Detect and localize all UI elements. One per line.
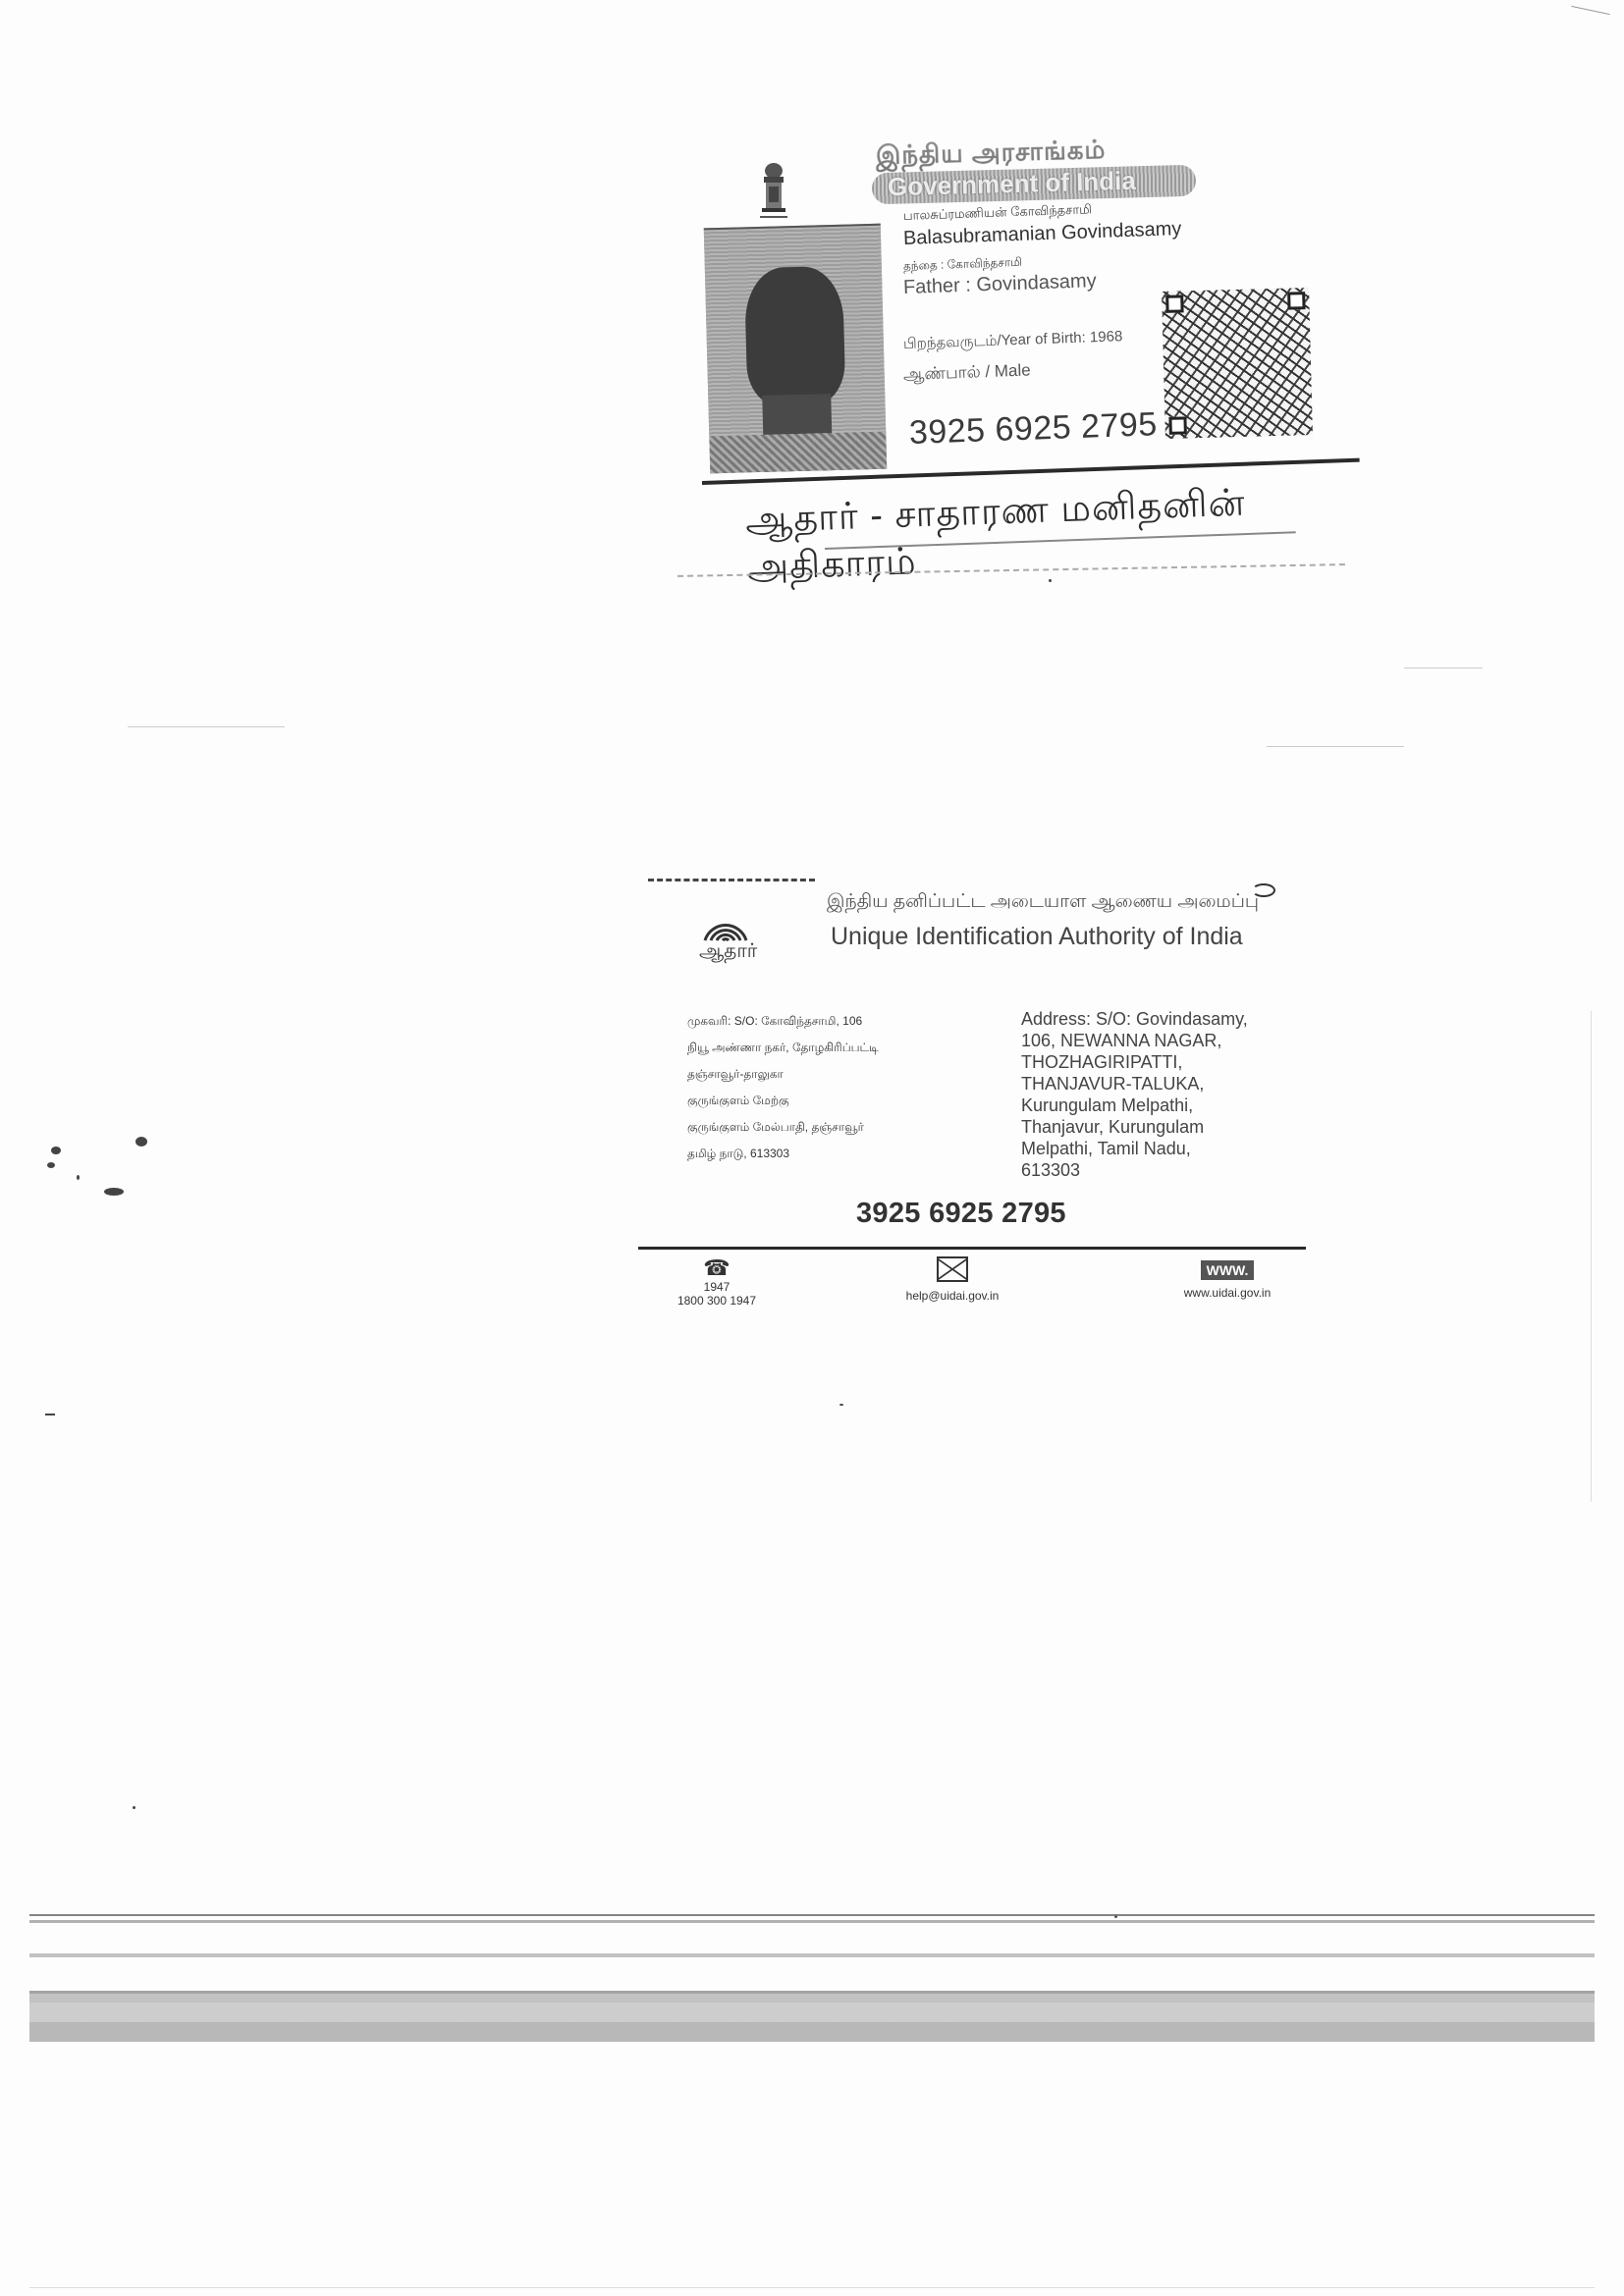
address-tamil-line: நியூ அண்ணா நகர், தோழகிரிப்பட்டி (687, 1035, 982, 1061)
holder-photo (704, 224, 887, 474)
aadhaar-number-back: 3925 6925 2795 (856, 1198, 1066, 1230)
year-of-birth: பிறந்தவருடம்/Year of Birth: 1968 (903, 328, 1123, 354)
aadhaar-fingerprint-logo-icon (699, 903, 752, 942)
address-line: Kurungulam Melpathi, (1021, 1095, 1316, 1116)
aadhaar-logo-label: ஆதார் (699, 940, 757, 965)
address-english: Address: S/O: Govindasamy, 106, NEWANNA … (1021, 1008, 1316, 1181)
address-line: THANJAVUR-TALUKA, (1021, 1073, 1316, 1095)
aadhaar-card-back: ஆதார் இந்திய தனிப்பட்ட அடையாள ஆணைய அமைப்… (638, 864, 1326, 1325)
aadhaar-number-front: 3925 6925 2795 (908, 405, 1158, 453)
address-tamil-line: குருங்குளம் மேல்பாதி, தஞ்சாவூர் (687, 1114, 982, 1141)
address-line: Melpathi, Tamil Nadu, (1021, 1138, 1316, 1159)
qr-code-icon (1162, 288, 1313, 439)
address-line: Thanjavur, Kurungulam (1021, 1116, 1316, 1138)
contact-phone: ☎ 1947 1800 300 1947 (658, 1256, 776, 1308)
address-tamil-line: முகவரி: S/O: கோவிந்தசாமி, 106 (687, 1008, 982, 1035)
address-line: THOZHAGIRIPATTI, (1021, 1051, 1316, 1073)
www-icon: WWW. (1201, 1260, 1255, 1280)
aadhaar-tagline: ஆதார் - சாதாரண மனிதனின் அதிகாரம் (745, 478, 1386, 595)
address-tamil-line: தஞ்சாவூர்-தாலுகா (687, 1061, 982, 1088)
contact-email: help@uidai.gov.in (884, 1256, 1021, 1303)
gender: ஆண்பால் / Male (903, 360, 1031, 387)
address-line: 613303 (1021, 1159, 1316, 1181)
authority-name-tamil: இந்திய தனிப்பட்ட அடையாள ஆணைய அமைப்பு (827, 891, 1259, 915)
divider (638, 1247, 1306, 1250)
contact-website: WWW. www.uidai.gov.in (1159, 1256, 1296, 1300)
father-name: Father : Govindasamy (903, 270, 1097, 299)
phone-long: 1800 300 1947 (658, 1294, 776, 1308)
telephone-icon: ☎ (658, 1256, 776, 1280)
envelope-icon (937, 1256, 968, 1282)
address-line: Address: S/O: Govindasamy, (1021, 1008, 1316, 1030)
cut-line (648, 879, 815, 881)
address-tamil-line: தமிழ் நாடு, 613303 (687, 1141, 982, 1167)
national-emblem-icon (754, 161, 793, 222)
authority-name: Unique Identification Authority of India (831, 923, 1243, 951)
address-tamil: முகவரி: S/O: கோவிந்தசாமி, 106 நியூ அண்ணா… (687, 1008, 982, 1167)
aadhaar-card-front: இந்திய அரசாங்கம் Government of India பால… (668, 118, 1384, 609)
address-line: 106, NEWANNA NAGAR, (1021, 1030, 1316, 1051)
email-address: help@uidai.gov.in (884, 1289, 1021, 1303)
scanner-streak (29, 1914, 1595, 2042)
father-name-tamil: தந்தை : கோவிந்தசாமி (903, 255, 1023, 275)
address-tamil-line: குருங்குளம் மேற்கு (687, 1088, 982, 1114)
website-url: www.uidai.gov.in (1159, 1286, 1296, 1300)
pen-mark (1252, 883, 1275, 897)
phone-short: 1947 (658, 1280, 776, 1294)
issuer-english: Government of India (888, 166, 1137, 203)
